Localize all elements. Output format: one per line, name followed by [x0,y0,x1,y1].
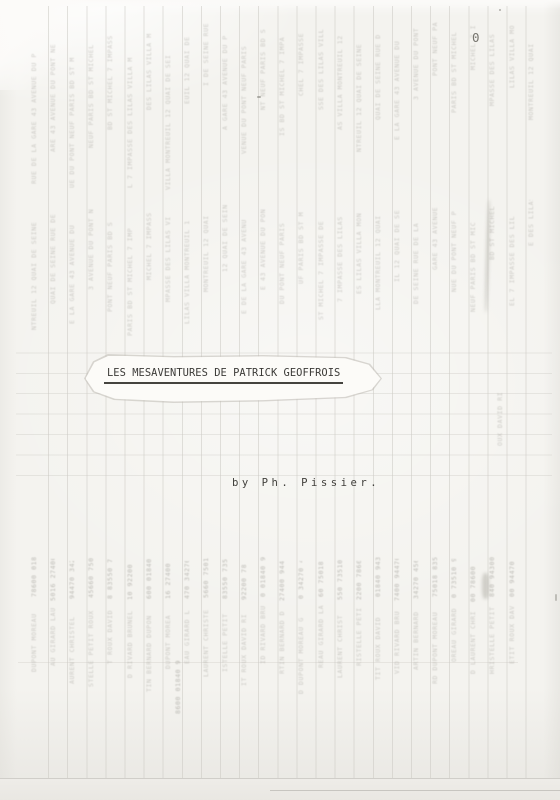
showthrough-column: RTIN BERNARD D [276,604,288,674]
showthrough-column: 45660 750 [85,557,97,598]
showthrough-column: 00 94470 [506,559,518,597]
showthrough-column: PARIS BD ST MICHEL 7 IMP [124,200,136,336]
faint-horizontal-grid [16,333,552,479]
showthrough-column: E LA GARE 43 AVENUE DU [391,18,403,140]
showthrough-column: LAURENT CHRIST [334,604,346,678]
showthrough-column: D LAURENT CHRI [467,606,479,674]
showthrough-column: VILLA MONTREUIL 12 QUAI DE SEI [162,18,174,190]
showthrough-column: UF PARIS BD ST M [295,200,307,284]
showthrough-column: NEUF PARIS BD ST MIC [467,200,479,312]
showthrough-column: 94470 342 [66,561,78,599]
showthrough-column: AURENT CHRISTEL [66,606,78,684]
showthrough-column: CHEL 7 IMPASSE [295,20,307,96]
showthrough-column: 83550 7351 [219,559,231,599]
showthrough-column: RD DUPONT MOREAU [429,602,441,684]
showthrough-column: 470 34270 [181,561,193,599]
showthrough-column: BD ST MICHEL 7 IMPASS [104,18,116,130]
scan-bottom-edge-line [270,790,560,791]
showthrough-column: 34270 456 [410,561,422,599]
showthrough-column: LLA MONTREUIL 12 QUAI [372,196,384,310]
scan-speck [499,9,501,11]
showthrough-column: AU GIRARD LAU [47,604,59,666]
showthrough-column: ARE 43 AVENUE DU PONT NE [47,18,59,152]
showthrough-column: STELLE PETIT ROUX [85,602,97,687]
showthrough-column: ID RIVARD BRU [257,602,269,664]
showthrough-column: E DES LILAS [525,200,537,246]
page-number: 0 [472,30,481,45]
showthrough-column: DES LILAS VILLA M [143,16,155,110]
showthrough-column: E LA GARE 43 AVENUE DU [66,200,78,324]
showthrough-column: DE SEINE RUE DE LA [410,200,422,304]
scan-speck [555,594,557,601]
showthrough-column: 01840 9430 [372,557,384,597]
showthrough-column: 5660 75018 [200,557,212,598]
showthrough-column: 600 01840 [143,557,155,599]
showthrough-column: ISTELLE PETIT [219,604,231,672]
showthrough-column: DUPONT MOREAU [28,602,40,672]
showthrough-column: MPASSE DES LILAS VI [162,198,174,302]
scanned-document-page: RUE DE LA GARE 43 AVENUE DU PARE 43 AVEN… [0,0,560,800]
showthrough-column: RUE DE LA GARE 43 AVENUE DU P [28,16,40,184]
showthrough-column: L 7 IMPASSE DES LILAS VILLA M [124,20,136,188]
showthrough-column: NTREUIL 12 QUAI DE SEINE [353,20,365,152]
showthrough-column: E 43 AVENUE DU PON [257,196,269,290]
showthrough-column: 8 83550 73 [104,559,116,599]
showthrough-column: 0 73510 9 [448,559,460,598]
showthrough-column: VID RIVARD BRU [391,604,403,674]
showthrough-column: D RIVARD BRUNEL [124,606,136,678]
showthrough-column: MPASSE DES LILAS [486,16,498,106]
showthrough-column: NTREUIL 12 QUAI DE SEINE [28,196,40,330]
showthrough-column: PONT NEUF PA [429,16,441,76]
showthrough-column: EL 7 IMPASSE DES LIL [506,198,518,306]
showthrough-column: 60 75018 8 [315,557,327,597]
showthrough-column: 12 QUAI DE SEIN [219,198,231,272]
showthrough-column: 3 AVENUE DU PONT N [85,196,97,290]
showthrough-column: 27400 944 [276,559,288,601]
showthrough-column: ARTIN BERNARD [410,606,422,670]
showthrough-column: 7400 94470 [391,559,403,601]
showthrough-column: 10 92200 [124,561,136,600]
showthrough-column: MONTREUIL 12 QUAI [200,196,212,292]
showthrough-column: OREAU GIRARD [448,604,460,662]
showthrough-column: IL 12 QUAI DE SE [391,198,403,282]
showthrough-column: 0 34270 4 [295,561,307,599]
showthrough-column: 7 IMPASSE DES LILAS [334,198,346,302]
showthrough-column: MICHEL 7 IMPASS [143,196,155,280]
showthrough-column: NUE DU PONT NEUF P [448,198,460,292]
showthrough-column: E DE LA GARE 43 AVENU [238,200,250,314]
showthrough-column: 550 73510 [334,559,346,600]
showthrough-column: QUAI DE SEINE RUE D [372,16,384,120]
showthrough-column: MONTREUIL 12 QUAI [525,20,537,120]
showthrough-column: PONT NEUF PARIS BD S [104,198,116,312]
showthrough-column: AS VILLA MONTREUIL 12 [334,18,346,130]
showthrough-column: GARE 43 AVENUE [429,196,441,270]
showthrough-column: UE DU PONT NEUF PARIS BD ST M [66,20,78,188]
showthrough-column: ES LILAS VILLA MON [353,200,365,294]
showthrough-column: D DUPONT MOREAU G [295,606,307,694]
showthrough-column: DU PONT NEUF PARIS [276,198,288,304]
showthrough-column: 16 27400 9 [162,559,174,599]
showthrough-column: OUX DAVID RI [494,388,506,446]
showthrough-column: PARIS BD ST MICHEL [448,18,460,113]
showthrough-column: QUAI DE SEINE RUE DE [47,198,59,304]
scan-speck [257,96,261,98]
scan-bottom-edge [0,778,560,800]
showthrough-column: HRISTELLE PETIT [486,602,498,674]
showthrough-column: ETIT ROUX DAV [506,604,518,664]
showthrough-column: ST MICHEL 7 IMPASSE DE [315,196,327,320]
ink-smudge [482,573,489,599]
showthrough-column: I DE SEINE RUE [200,16,212,86]
showthrough-column: A GARE 43 AVENUE DU P [219,18,231,130]
showthrough-column: 78600 0184 [28,557,40,597]
showthrough-column: IT ROUX DAVID RI [238,606,250,686]
showthrough-column: EUIL 12 QUAI DE [181,20,193,104]
showthrough-column: TIN BERNARD DUPON [143,602,155,692]
showthrough-column: IS BD ST MICHEL 7 IMPA [276,18,288,136]
showthrough-column: 8600 01840 9 [172,658,184,714]
showthrough-column: 0 01840 94 [257,557,269,597]
showthrough-column: REAU GIRARD LA [315,602,327,668]
showthrough-column: LILAS VILLA MO [506,18,518,88]
showthrough-column: 92200 78 [238,561,250,600]
showthrough-column: LILAS VILLA MONTREUIL 1 [181,200,193,324]
byline: by Ph. Pissier. [232,477,380,490]
showthrough-column: RISTELLE PETI [353,606,365,666]
showthrough-column: TIT ROUX DAVID [372,602,384,680]
showthrough-column: 75018 835 [429,557,441,597]
showthrough-column: 2200 7860 [353,561,365,600]
showthrough-column: EAU GIRARD L [181,606,193,664]
showthrough-column: T ROUX DAVID [104,604,116,664]
showthrough-column: NEUF PARIS BD ST MICHEL [85,16,97,148]
showthrough-column: LAURENT CHRISTE [200,602,212,677]
document-title: LES MESAVENTURES DE PATRICK GEOFFROIS [104,367,343,384]
showthrough-column: 5016 27400 [47,559,59,601]
showthrough-column: 3 AVENUE DU PONT [410,20,422,100]
showthrough-column: SSE DES LILAS VILL [315,16,327,110]
showthrough-column: 00 78600 0 [467,561,479,602]
showthrough-column: VENUE DU PONT NEUF PARIS [238,20,250,154]
showthrough-column: MICHEL 7 I [467,20,479,70]
